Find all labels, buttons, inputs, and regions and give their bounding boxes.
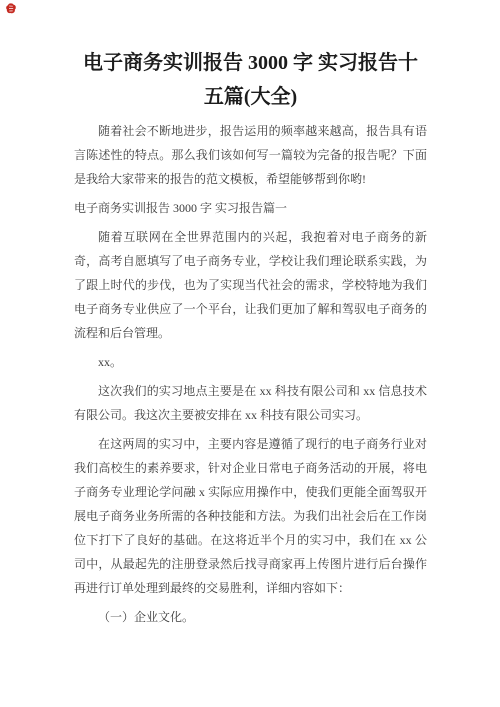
paragraph: 电子商务实训报告 3000 字 实习报告篇一 [74,196,427,220]
paragraph: 这次我们的实习地点主要是在 xx 科技有限公司和 xx 信息技术有限公司。我这次… [74,379,427,427]
red-corner-mark-icon [5,2,17,15]
paragraph: xx。 [74,350,427,374]
paragraph: 在这两周的实习中，主要内容是遵循了现行的电子商务行业对我们高校生的素养要求，针对… [74,432,427,600]
document-body: 随着社会不断地进步，报告运用的频率越来越高，报告具有语言陈述性的特点。那么我们该… [74,119,427,629]
document-title: 电子商务实训报告 3000 字 实习报告十五篇(大全) [74,46,427,114]
document-content: 电子商务实训报告 3000 字 实习报告十五篇(大全) 随着社会不断地进步，报告… [74,0,427,634]
paragraph: 随着互联网在全世界范围内的兴起，我抱着对电子商务的新奇，高考自愿填写了电子商务专… [74,225,427,345]
paragraph: （一）企业文化。 [74,605,427,629]
paragraph: 随着社会不断地进步，报告运用的频率越来越高，报告具有语言陈述性的特点。那么我们该… [74,119,427,191]
document-page: 电子商务实训报告 3000 字 实习报告十五篇(大全) 随着社会不断地进步，报告… [0,0,500,707]
